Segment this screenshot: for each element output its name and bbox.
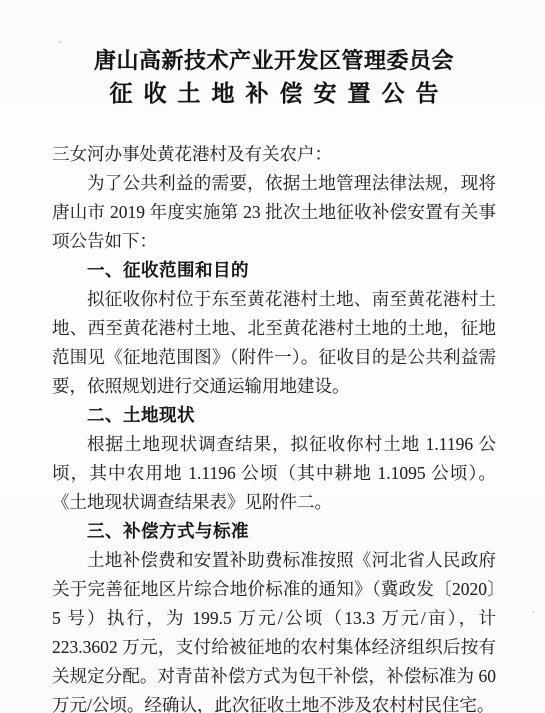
intro-paragraph: 为了公共利益的需要，依据土地管理法律法规，现将唐山市 2019 年度实施第 23… bbox=[52, 169, 496, 256]
scan-artifact bbox=[532, 611, 535, 613]
announcement-title: 征收土地补偿安置公告 bbox=[52, 80, 496, 106]
scan-artifact bbox=[381, 191, 383, 193]
section-3-heading: 三、补偿方式与标准 bbox=[52, 517, 496, 546]
org-title: 唐山高新技术产业开发区管理委员会 bbox=[52, 48, 496, 73]
announcement-body: 三女河办事处黄花港村及有关农户： 为了公共利益的需要，依据土地管理法律法规，现将… bbox=[52, 140, 496, 713]
section-3-body: 土地补偿费和安置补助费标准按照《河北省人民政府关于完善征地区片综合地价标准的通知… bbox=[52, 546, 496, 713]
section-2-body: 根据土地现状调查结果，拟征收你村土地 1.1196 公顷，其中农用地 1.119… bbox=[52, 430, 496, 517]
section-1-heading: 一、征收范围和目的 bbox=[52, 256, 496, 285]
scan-artifact bbox=[261, 648, 264, 651]
scan-artifact bbox=[58, 41, 62, 43]
document-page: 唐山高新技术产业开发区管理委员会 征收土地补偿安置公告 三女河办事处黄花港村及有… bbox=[0, 0, 545, 713]
section-2-heading: 二、土地现状 bbox=[52, 401, 496, 430]
section-1-body: 拟征收你村位于东至黄花港村土地、南至黄花港村土地、西至黄花港村土地、北至黄花港村… bbox=[52, 285, 496, 401]
document-header: 唐山高新技术产业开发区管理委员会 征收土地补偿安置公告 bbox=[52, 48, 496, 106]
salutation: 三女河办事处黄花港村及有关农户： bbox=[52, 140, 496, 169]
